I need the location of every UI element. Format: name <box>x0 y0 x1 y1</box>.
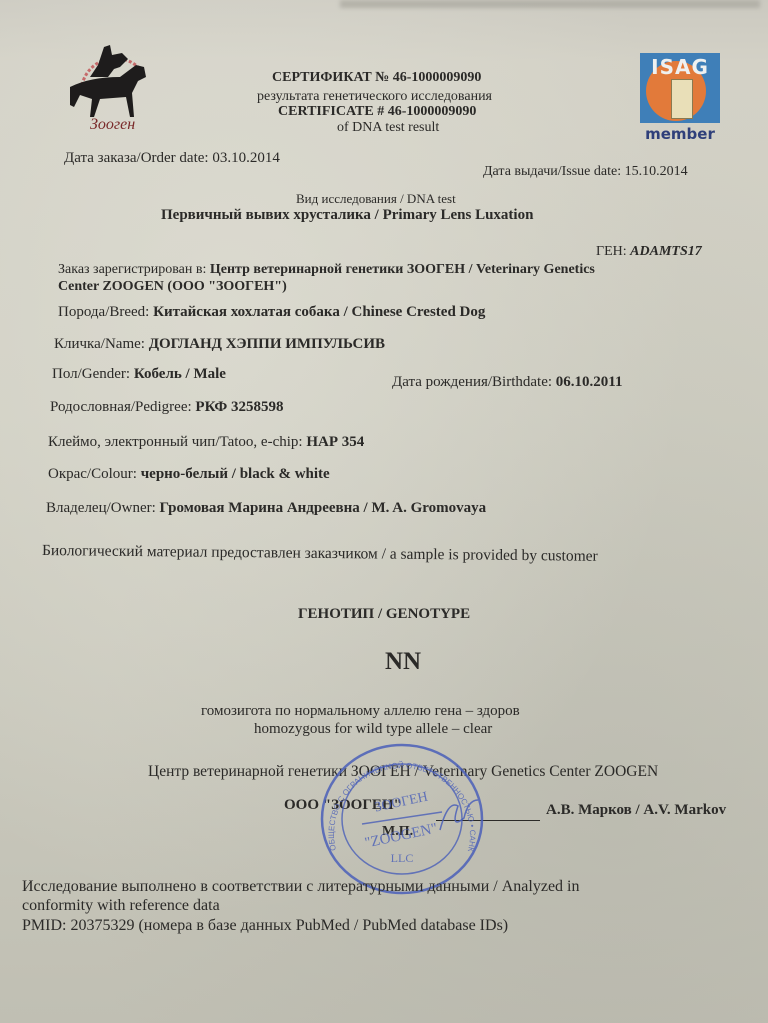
signature-signer: А.В. Марков / A.V. Markov <box>546 802 726 819</box>
scroll-icon <box>671 79 693 119</box>
certificate-page: Зooген СЕРТИФИКАТ № 46-1000009090 резуль… <box>0 0 768 1023</box>
page-edge-shadow <box>340 0 760 8</box>
company-stamp: ЗООГЕН "ZOOGEN" LLC ОБЩЕСТВО С ОГРАНИЧЕН… <box>318 740 486 898</box>
genotype-value: NN <box>385 648 421 676</box>
test-name: Первичный вывих хрусталика / Primary Len… <box>161 207 533 224</box>
certificate-title-en: CERTIFICATE # 46-1000009090 <box>278 104 476 120</box>
genotype-description-ru: гомозигота по нормальному аллелю гена – … <box>201 703 520 720</box>
e-chip: Клеймо, электронный чип/Tatoo, e-chip: Н… <box>48 434 364 451</box>
horse-rider-icon: Зooген <box>60 25 160 135</box>
zoogen-logo: Зooген <box>60 25 160 135</box>
test-type-label: Вид исследования / DNA test <box>296 191 456 207</box>
svg-text:"ZOOGEN": "ZOOGEN" <box>363 821 439 852</box>
gene: ГЕН: ADAMTS17 <box>596 244 702 260</box>
colour: Окрас/Colour: черно-белый / black & whit… <box>48 466 330 483</box>
registered-at: Заказ зарегистрирован в: Центр ветеринар… <box>58 262 595 278</box>
footer-line2: conformity with reference data <box>22 897 220 915</box>
issue-date: Дата выдачи/Issue date: 15.10.2014 <box>483 164 688 180</box>
order-date: Дата заказа/Order date: 03.10.2014 <box>64 150 280 167</box>
registered-at-line2: Center ZOOGEN (ООО "ЗООГЕН") <box>58 279 287 295</box>
footer-line1: Исследование выполнено в соответствии с … <box>22 878 579 896</box>
svg-text:Зooген: Зooген <box>90 116 135 133</box>
certificate-subtitle-en: of DNA test result <box>337 120 439 136</box>
birthdate: Дата рождения/Birthdate: 06.10.2011 <box>392 374 622 391</box>
gender: Пол/Gender: Кобель / Male <box>52 366 226 383</box>
sample-note: Биологический материал предоставлен зака… <box>42 542 598 566</box>
owner: Владелец/Owner: Громовая Марина Андреевн… <box>46 500 486 517</box>
svg-text:ЗООГЕН: ЗООГЕН <box>373 790 429 816</box>
certificate-title-ru: СЕРТИФИКАТ № 46-1000009090 <box>272 70 481 86</box>
certificate-subtitle-ru: результата генетического исследования <box>257 89 492 105</box>
pedigree: Родословная/Pedigree: РКФ 3258598 <box>50 399 283 416</box>
svg-text:LLC: LLC <box>391 851 414 865</box>
dog-name: Кличка/Name: ДОГЛАНД ХЭППИ ИМПУЛЬСИВ <box>54 336 385 353</box>
isag-member-logo: ISAG member <box>636 53 724 143</box>
breed: Порода/Breed: Китайская хохлатая собака … <box>58 304 485 321</box>
genotype-description-en: homozygous for wild type allele – clear <box>254 721 492 738</box>
genotype-heading: ГЕНОТИП / GENOTYPE <box>298 606 470 623</box>
footer-pmid: PMID: 20375329 (номера в базе данных Pub… <box>22 917 508 935</box>
